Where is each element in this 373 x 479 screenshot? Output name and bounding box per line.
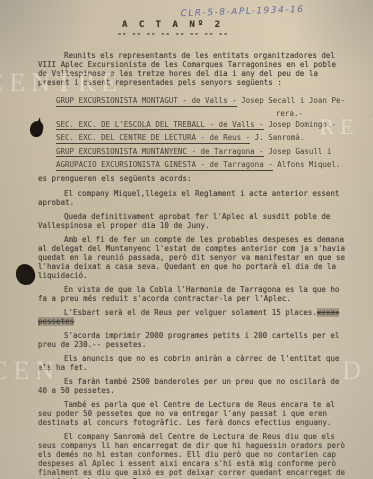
archive-reference-code: CLR-5-8-APL-1934-16: [156, 5, 329, 20]
scanned-page: CENTRE RE U CEN D CLR-5-8-APL-1934-16 A …: [0, 0, 373, 479]
attendee-list: GRUP EXCURSIONISTA MONTAGUT - de Valls -…: [56, 96, 347, 170]
agreement-paragraph: El company Miquel,llegeix el Reglament i…: [38, 189, 347, 207]
attendee-entity: AGRUPACIO EXCURSIONISTA GINESTA - de Tar…: [56, 160, 273, 171]
title-underline: -- -- -- -- -- -- -- --: [38, 31, 307, 37]
attendee-names: J. Sanromà.: [250, 133, 304, 142]
title-block: A C T A Nº 2 -- -- -- -- -- -- -- --: [38, 21, 307, 37]
attendee-row: AGRUPACIO EXCURSIONISTA GINESTA - de Tar…: [56, 160, 347, 170]
agreement-paragraph: Queda definitivament aprobat fer l'Aplec…: [38, 212, 347, 230]
attendee-names: Josep Gasull i: [264, 147, 332, 156]
attendee-entity: GRUP EXCURSIONISTA MUNTANYENC - de Tarra…: [56, 147, 264, 158]
attendee-entity: SEC. EXC. DE L'ESCOLA DEL TREBALL - de V…: [56, 120, 264, 131]
agreement-paragraph-with-correction: L'Esbart serà el de Reus per volguer sol…: [38, 308, 347, 326]
attendee-entity: SEC. EXC. DEL CENTRE DE LECTURA - de Reu…: [56, 133, 250, 144]
typed-over-correction: xxxxx: [317, 308, 340, 317]
attendee-row: SEC. EXC. DE L'ESCOLA DEL TREBALL - de V…: [56, 120, 347, 130]
agreement-paragraph: El company Sanromà del Centre de Lectura…: [38, 432, 347, 479]
agreement-paragraph: En vista de que la Cobla l'Harmonia de T…: [38, 285, 347, 303]
agreement-paragraph: Els anuncis que no es cobrin aniràn a cà…: [38, 354, 347, 372]
agreement-paragraph: Amb el fi de fer un compte de les probab…: [38, 235, 347, 280]
attendee-row: GRUP EXCURSIONISTA MONTAGUT - de Valls -…: [56, 96, 347, 106]
attendee-row: GRUP EXCURSIONISTA MUNTANYENC - de Tarra…: [56, 147, 347, 157]
attendee-row: SEC. EXC. DEL CENTRE DE LECTURA - de Reu…: [56, 133, 347, 143]
typed-over-correction: pessetes: [38, 317, 74, 326]
agreement-paragraph: Es faràn també 2500 banderoles per un pr…: [38, 377, 347, 395]
attendee-names: Alfons Miquel.: [273, 160, 341, 169]
ink-blot: [29, 120, 44, 138]
intro-paragraph: Reunits els representants de les entitat…: [38, 51, 347, 87]
attendee-names: Josep Domingo.-: [264, 120, 336, 129]
agreements-lead: es prengueren els següents acords:: [38, 174, 347, 183]
agreement-paragraph: S'acorda imprimir 2000 programes petits …: [38, 331, 347, 349]
agreement-paragraph: També es parla que el Centre de Lectura …: [38, 400, 347, 427]
attendee-entity: GRUP EXCURSIONISTA MONTAGUT - de Valls -: [56, 96, 237, 107]
attendee-name-carryover: rera.-: [56, 109, 347, 118]
ink-blot: [15, 263, 36, 286]
esbart-text: L'Esbart serà el de Reus per volguer sol…: [64, 308, 317, 317]
attendee-names: Josep Secall i Joan Pe-: [237, 96, 345, 105]
